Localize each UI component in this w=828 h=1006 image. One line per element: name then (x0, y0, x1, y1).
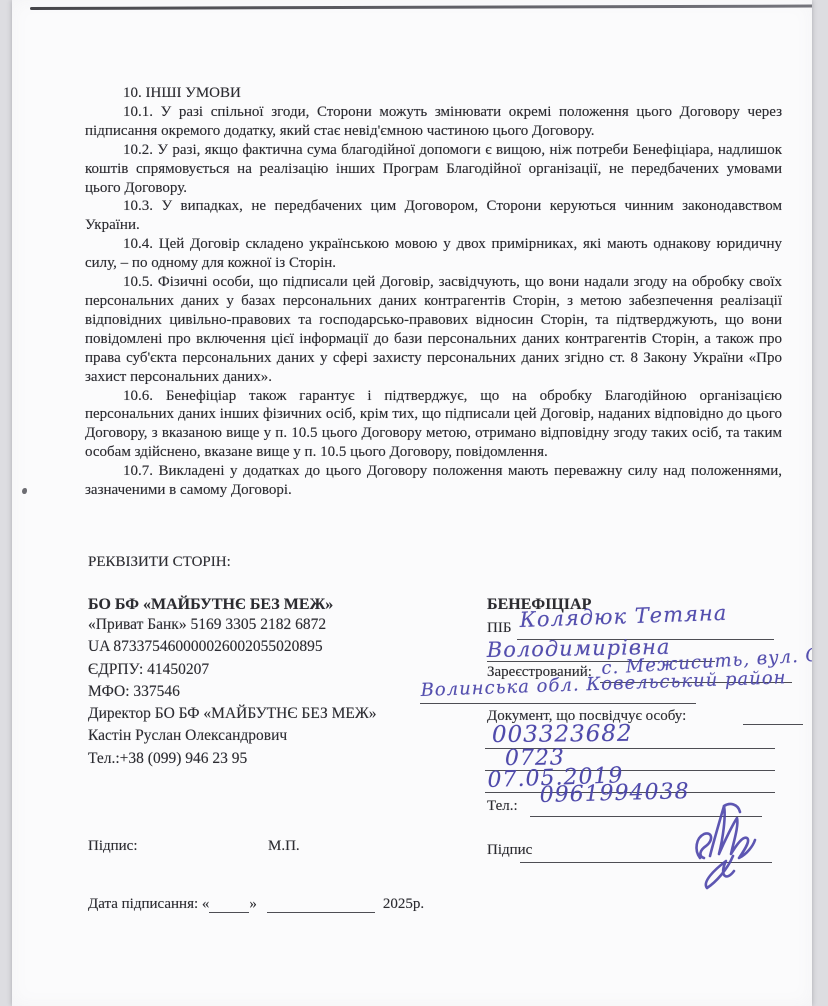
phone-handwriting: 0961994038 (539, 779, 690, 808)
charity-detail-line: МФО: 337546 (88, 681, 377, 703)
charity-detail-line: «Приват Банк» 5169 3305 2182 6872 (88, 614, 377, 636)
paragraph: 10.7. Викладені у додатках до цього Дого… (85, 462, 782, 500)
paragraph: 10.1. У разі спільної згоди, Сторони мож… (85, 103, 782, 141)
charity-detail-line: Директор БО БФ «МАЙБУТНЄ БЕЗ МЕЖ» (88, 703, 377, 725)
charity-detail-line: ЄДРПУ: 41450207 (88, 659, 377, 681)
pib-label: ПІБ (487, 620, 511, 637)
date-close-quote: » (249, 896, 257, 913)
section-title: 10. ІНШІ УМОВИ (85, 84, 782, 103)
signature-label-left: Підпис: (88, 838, 138, 855)
signature-label-right: Підпис (487, 842, 532, 859)
charity-block: БО БФ «МАЙБУТНЄ БЕЗ МЕЖ» «Приват Банк» 5… (88, 596, 377, 770)
address-underline-2 (420, 703, 696, 704)
paragraph: 10.2. У разі, якщо фактична сума благоді… (85, 141, 782, 198)
date-blank-month (267, 898, 375, 913)
scan-dot-artifact (22, 488, 27, 494)
id-handwriting-1: 003323682 (492, 721, 633, 748)
contract-body: 10. ІНШІ УМОВИ 10.1. У разі спільної зго… (85, 84, 782, 500)
scan-edge-artifact (30, 5, 812, 10)
paragraph: 10.5. Фізичні особи, що підписали цей До… (85, 273, 782, 386)
stamp-label: М.П. (268, 838, 300, 855)
id-underline-short (743, 724, 803, 725)
requisites-heading: РЕКВІЗИТИ СТОРІН: (88, 554, 231, 571)
paragraph: 10.6. Бенефіціар також гарантує і підтве… (85, 387, 782, 463)
charity-name: БО БФ «МАЙБУТНЄ БЕЗ МЕЖ» (88, 596, 377, 614)
paragraph-list: 10.1. У разі спільної згоди, Сторони мож… (85, 103, 782, 500)
date-prefix: Дата підписання: « (88, 896, 209, 913)
paragraph: 10.3. У випадках, не передбачених цим До… (85, 197, 782, 235)
date-line: Дата підписання: «»2025р. (88, 896, 424, 913)
scanned-page: 10. ІНШІ УМОВИ 10.1. У разі спільної зго… (12, 0, 812, 1006)
charity-detail-line: Тел.:+38 (099) 946 23 95 (88, 748, 377, 770)
date-year: 2025р. (383, 896, 424, 913)
phone-label: Тел.: (487, 798, 518, 815)
paragraph: 10.4. Цей Договір складено українською м… (85, 235, 782, 273)
signature-scribble (688, 798, 772, 894)
charity-detail-line: UA 873375460000026002055020895 (88, 636, 377, 658)
date-blank-day (209, 898, 249, 913)
charity-details: «Приват Банк» 5169 3305 2182 6872UA 8733… (88, 614, 377, 770)
charity-detail-line: Кастін Руслан Олександрович (88, 725, 377, 747)
